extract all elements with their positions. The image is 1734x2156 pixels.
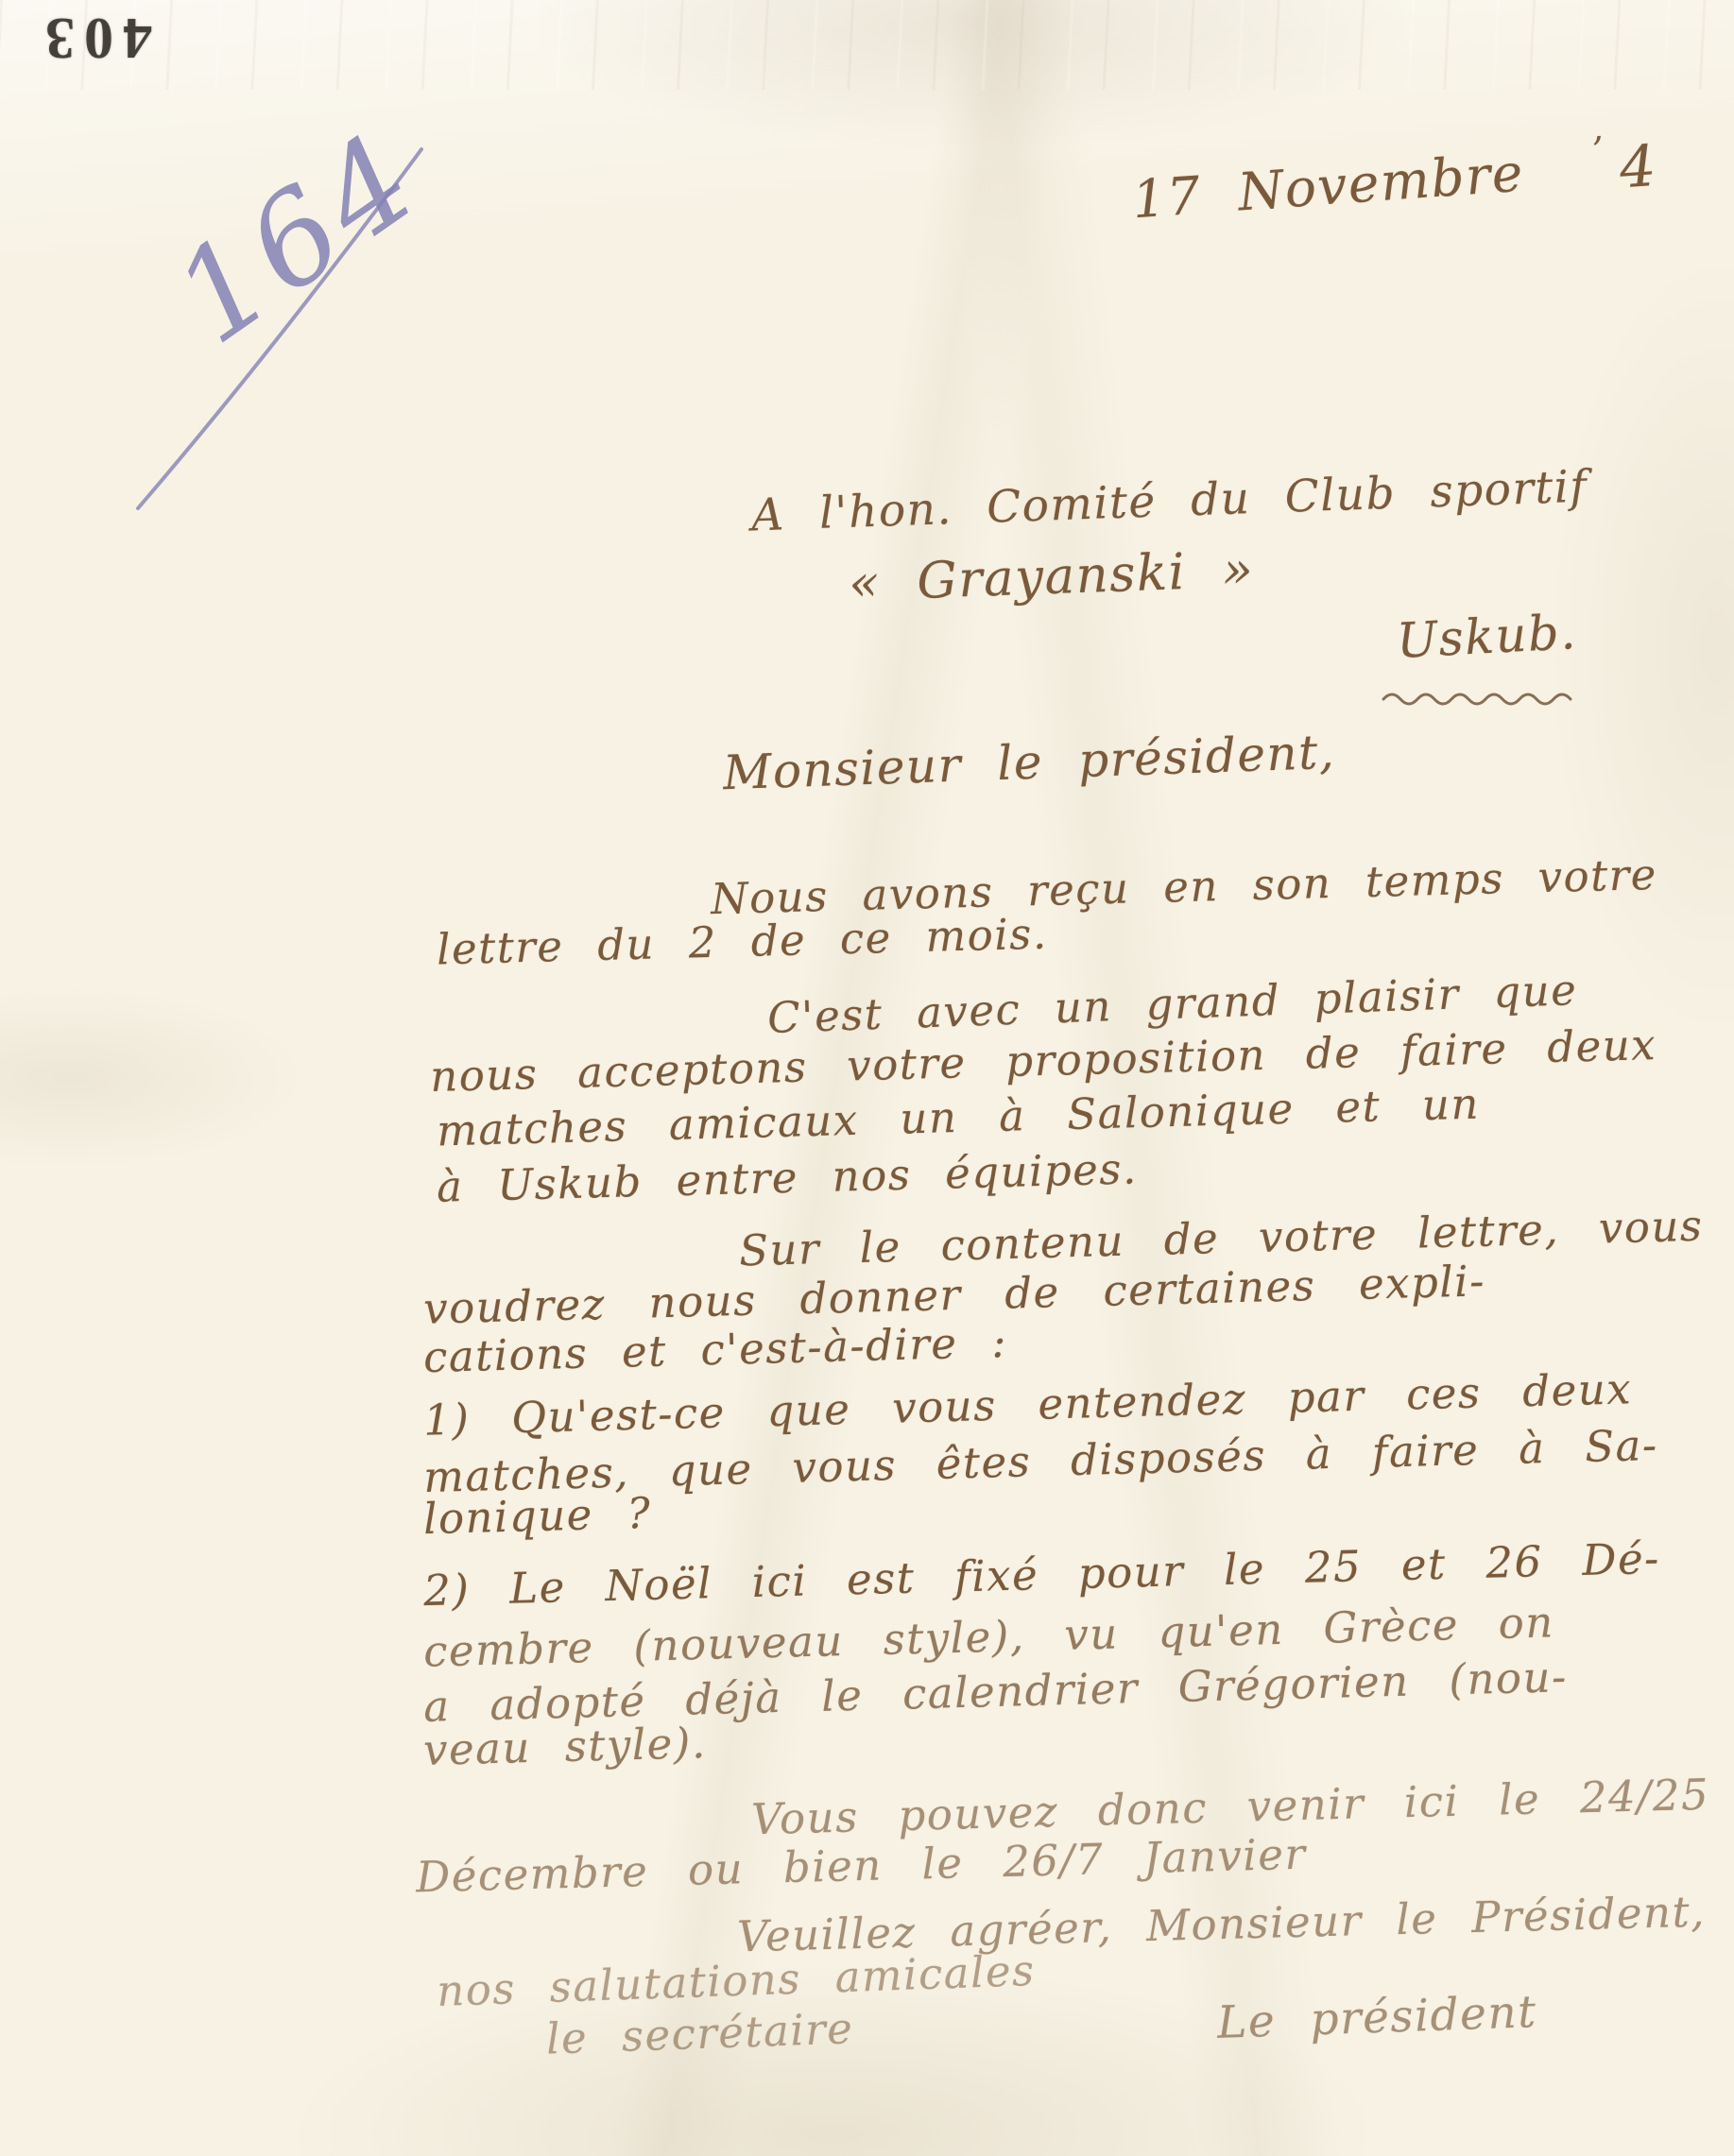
letter-line: lonique ?: [422, 1488, 652, 1544]
letter-line: à Uskub entre nos équipes.: [436, 1143, 1138, 1211]
signature-president: Le président: [1216, 1986, 1537, 2049]
city-underline-flourish: [1382, 688, 1585, 710]
paper-crinkle-texture: [0, 0, 1734, 90]
date-text: 17 Novembre: [1130, 143, 1525, 231]
signature-secretary: le secrétaire: [545, 2003, 854, 2063]
letter-scan-page: 403 164 17 Novembre ’ 4 A l'hon. Comité …: [0, 0, 1734, 2156]
letter-line: veau style).: [422, 1718, 707, 1775]
date-line: 17 Novembre ’ 4: [1130, 133, 1659, 236]
letter-line: nos salutations amicales: [436, 1945, 1036, 2016]
recipient-line-1: A l'hon. Comité du Club sportif: [750, 461, 1588, 542]
stamp-number: 403: [36, 4, 152, 71]
recipient-city: Uskub.: [1396, 605, 1579, 670]
date-year: 4: [1618, 133, 1659, 202]
salutation: Monsieur le président,: [722, 725, 1336, 801]
letter-line: lettre du 2 de ce mois.: [436, 909, 1048, 975]
ink-tick: ’: [1591, 128, 1607, 171]
letter-line: Décembre ou bien le 26/7 Janvier: [415, 1829, 1307, 1903]
recipient-line-2: « Grayanski »: [848, 541, 1255, 613]
